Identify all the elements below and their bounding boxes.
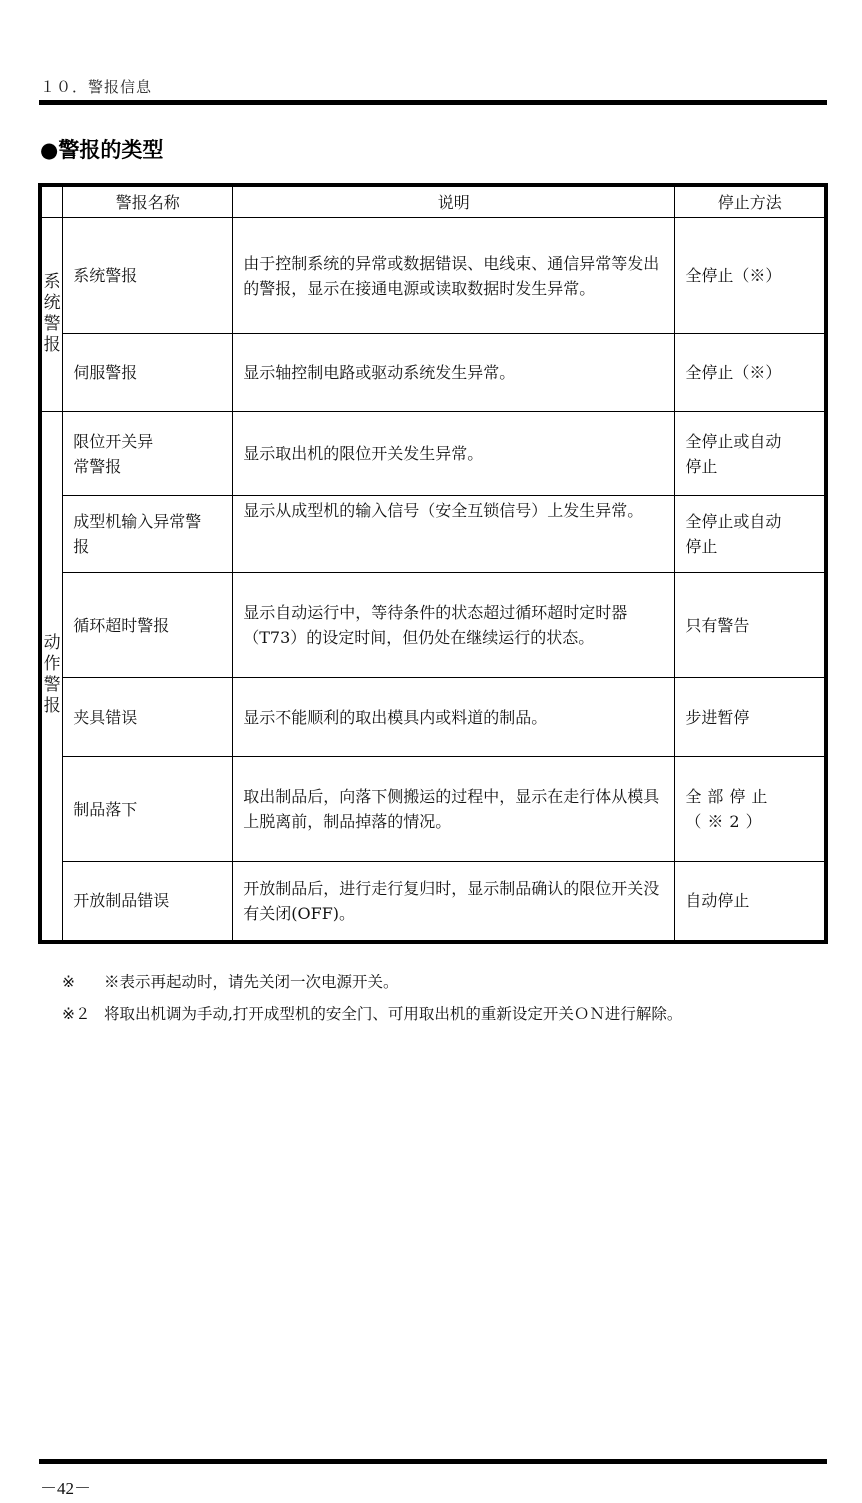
alarm-description: 取出制品后，向落下侧搬运的过程中，显示在走行体从模具上脱离前，制品掉落的情况。: [233, 757, 675, 862]
footer-divider: [39, 1459, 827, 1464]
alarm-name: 系统警报: [63, 218, 233, 334]
table-row: 循环超时警报 显示自动运行中，等待条件的状态超过循环超时定时器（T73）的设定时…: [40, 573, 826, 678]
group-action-alarm: 动作警报: [40, 412, 63, 942]
table-row: 成型机输入异常警报 显示从成型机的输入信号（安全互锁信号）上发生异常。 全停止或…: [40, 496, 826, 573]
table-header-row: 警报名称 说明 停止方法: [40, 185, 826, 218]
alarm-stop-method: 全停止或自动停止: [675, 496, 826, 573]
header-group: [40, 185, 63, 218]
alarm-stop-method: 只有警告: [675, 573, 826, 678]
footnote-mark: ※２: [62, 1002, 104, 1034]
section-title: ●警报的类型: [40, 134, 163, 164]
alarm-description: 开放制品后，进行走行复归时，显示制品确认的限位开关没有关闭(OFF)。: [233, 862, 675, 942]
alarm-name: 循环超时警报: [63, 573, 233, 678]
alarm-name: 开放制品错误: [63, 862, 233, 942]
table-row: 动作警报 限位开关异常警报 显示取出机的限位开关发生异常。 全停止或自动停止: [40, 412, 826, 496]
alarm-stop-method: 步进暂停: [675, 678, 826, 757]
alarm-stop-method: 全停止或自动停止: [675, 412, 826, 496]
table-row: 开放制品错误 开放制品后，进行走行复归时，显示制品确认的限位开关没有关闭(OFF…: [40, 862, 826, 942]
alarm-stop-method: 全停止（※）: [675, 218, 826, 334]
table-row: 制品落下 取出制品后，向落下侧搬运的过程中，显示在走行体从模具上脱离前，制品掉落…: [40, 757, 826, 862]
alarm-description: 显示不能顺利的取出模具内或料道的制品。: [233, 678, 675, 757]
alarm-description: 由于控制系统的异常或数据错误、电线束、通信异常等发出的警报，显示在接通电源或读取…: [233, 218, 675, 334]
footnotes: ※ ※表示再起动时，请先关闭一次电源开关。 ※２ 将取出机调为手动,打开成型机的…: [62, 970, 682, 1034]
header-description: 说明: [233, 185, 675, 218]
page-number: －42－: [40, 1474, 91, 1499]
table-row: 夹具错误 显示不能顺利的取出模具内或料道的制品。 步进暂停: [40, 678, 826, 757]
table-row: 伺服警报 显示轴控制电路或驱动系统发生异常。 全停止（※）: [40, 334, 826, 412]
footnote-text: ※表示再起动时，请先关闭一次电源开关。: [104, 970, 399, 1002]
alarm-name: 限位开关异常警报: [63, 412, 233, 496]
alarm-description: 显示从成型机的输入信号（安全互锁信号）上发生异常。: [233, 496, 675, 573]
chapter-header: １０．警报信息: [40, 76, 152, 97]
header-stop-method: 停止方法: [675, 185, 826, 218]
footnote: ※２ 将取出机调为手动,打开成型机的安全门、可用取出机的重新设定开关ＯＮ进行解除…: [62, 1002, 682, 1034]
group-label: 动作警报: [43, 633, 61, 717]
alarm-name: 成型机输入异常警报: [63, 496, 233, 573]
header-alarm-name: 警报名称: [63, 185, 233, 218]
alarm-description: 显示轴控制电路或驱动系统发生异常。: [233, 334, 675, 412]
alarm-name: 制品落下: [63, 757, 233, 862]
alarm-name: 伺服警报: [63, 334, 233, 412]
footnote: ※ ※表示再起动时，请先关闭一次电源开关。: [62, 970, 682, 1002]
alarm-description: 显示自动运行中，等待条件的状态超过循环超时定时器（T73）的设定时间，但仍处在继…: [233, 573, 675, 678]
footnote-mark: ※: [62, 970, 104, 1002]
alarm-stop-method: 全停止（※）: [675, 334, 826, 412]
alarm-stop-method: 全部停止（※2）: [675, 757, 826, 862]
group-system-alarm: 系统警报: [40, 218, 63, 412]
alarm-stop-method: 自动停止: [675, 862, 826, 942]
group-label: 系统警报: [43, 272, 61, 356]
footnote-text: 将取出机调为手动,打开成型机的安全门、可用取出机的重新设定开关ＯＮ进行解除。: [104, 1002, 682, 1034]
alarm-types-table: 警报名称 说明 停止方法 系统警报 系统警报 由于控制系统的异常或数据错误、电线…: [38, 183, 828, 944]
header-divider: [39, 100, 827, 105]
alarm-name: 夹具错误: [63, 678, 233, 757]
table-row: 系统警报 系统警报 由于控制系统的异常或数据错误、电线束、通信异常等发出的警报，…: [40, 218, 826, 334]
alarm-description: 显示取出机的限位开关发生异常。: [233, 412, 675, 496]
